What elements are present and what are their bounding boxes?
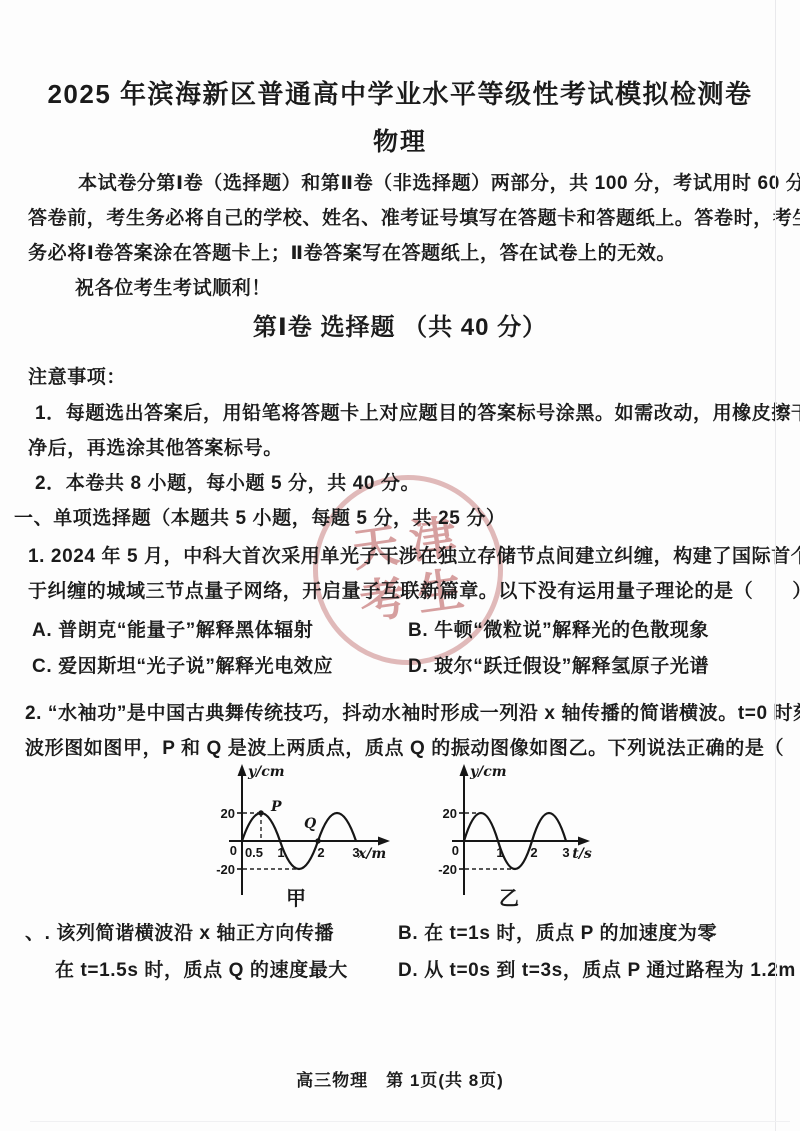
question2-option-b: B. 在 t=1s 时，质点 P 的加速度为零 xyxy=(398,918,717,945)
section1-heading: 一、单项选择题（本题共 5 小题，每题 5 分，共 25 分） xyxy=(14,503,506,530)
yi-x-axis-label: t/s xyxy=(572,846,592,862)
page-bottom-edge-line xyxy=(30,1121,790,1122)
notice-line-1: 1．每题选出答案后，用铅笔将答题卡上对应题目的答案标号涂黑。如需改动，用橡皮擦干 xyxy=(35,398,800,425)
jia-point-p-label: P xyxy=(270,799,282,815)
question2-option-d: D. 从 t=0s 到 t=3s，质点 P 通过路程为 1.2m xyxy=(398,955,796,982)
intro-line-3: 务必将Ⅰ卷答案涂在答题卡上；Ⅱ卷答案写在答题纸上，答在试卷上的无效。 xyxy=(28,238,676,265)
yi-xtick-2: 2 xyxy=(530,845,537,860)
question1-option-c: C. 爱因斯坦“光子说”解释光电效应 xyxy=(32,651,333,678)
question2-option-a: 、. 该列简谐横波沿 x 轴正方向传播 xyxy=(25,918,334,945)
exam-page: 天津 考生 2025 年滨海新区普通高中学业水平等级性考试模拟检测卷 物理 本试… xyxy=(0,0,800,1131)
jia-xtick-05: 0.5 xyxy=(245,845,263,860)
question2-option-c: 在 t=1.5s 时，质点 Q 的速度最大 xyxy=(55,955,348,982)
page-title: 2025 年滨海新区普通高中学业水平等级性考试模拟检测卷 xyxy=(0,74,800,111)
jia-origin-0: 0 xyxy=(230,843,237,858)
notice-line-3: 2．本卷共 8 小题，每小题 5 分，共 40 分。 xyxy=(35,468,420,495)
jia-y-axis-label: y/cm xyxy=(247,764,285,780)
yi-y-axis-label: y/cm xyxy=(469,764,507,780)
part1-heading: 第Ⅰ卷 选择题 （共 40 分） xyxy=(0,307,800,342)
page-footer: 高三物理 第 1页(共 8页) xyxy=(0,1066,800,1091)
question1-option-b: B. 牛顿“微粒说”解释光的色散现象 xyxy=(408,615,709,642)
question2-line-2: 波形图如图甲，P 和 Q 是波上两质点，质点 Q 的振动图像如图乙。下列说法正确… xyxy=(25,733,800,760)
jia-ytick-neg20: -20 xyxy=(216,862,235,877)
yi-xtick-3: 3 xyxy=(562,845,569,860)
yi-origin-0: 0 xyxy=(452,843,459,858)
jia-xtick-2: 2 xyxy=(317,845,324,860)
jia-ytick-20: 20 xyxy=(221,806,235,821)
figure-yi-caption: 乙 xyxy=(418,882,600,911)
intro-line-2: 答卷前，考生务必将自己的学校、姓名、准考证号填写在答题卡和答题纸上。答卷时，考生 xyxy=(28,203,800,230)
yi-ytick-20: 20 xyxy=(443,806,457,821)
intro-line-4: 祝各位考生考试顺利！ xyxy=(75,273,271,300)
intro-line-1: 本试卷分第Ⅰ卷（选择题）和第Ⅱ卷（非选择题）两部分，共 100 分，考试用时 6… xyxy=(78,168,800,195)
question1-option-a: A. 普朗克“能量子”解释黑体辐射 xyxy=(32,615,313,642)
question2-line-1: 2. “水袖功”是中国古典舞传统技巧，抖动水袖时形成一列沿 x 轴传播的简谐横波… xyxy=(25,698,800,725)
figure-jia-caption: 甲 xyxy=(190,882,402,911)
page-right-edge-line xyxy=(775,0,776,1131)
jia-x-axis-label: x/m xyxy=(357,846,386,862)
question1-line-2: 于纠缠的城域三节点量子网络，开启量子互联新篇章。以下没有运用量子理论的是（ ） xyxy=(28,576,800,603)
notice-title: 注意事项： xyxy=(28,362,126,389)
notice-line-2: 净后，再选涂其他答案标号。 xyxy=(28,433,283,460)
yi-xtick-1: 1 xyxy=(496,845,503,860)
yi-ytick-neg20: -20 xyxy=(438,862,457,877)
jia-xtick-1: 1 xyxy=(277,845,284,860)
jia-point-q-label: Q xyxy=(304,816,316,832)
question1-line-1: 1. 2024 年 5 月，中科大首次采用单光子干涉在独立存储节点间建立纠缠，构… xyxy=(28,541,800,568)
question1-option-d: D. 玻尔“跃迁假设”解释氢原子光谱 xyxy=(408,651,709,678)
subject-title: 物理 xyxy=(0,122,800,158)
